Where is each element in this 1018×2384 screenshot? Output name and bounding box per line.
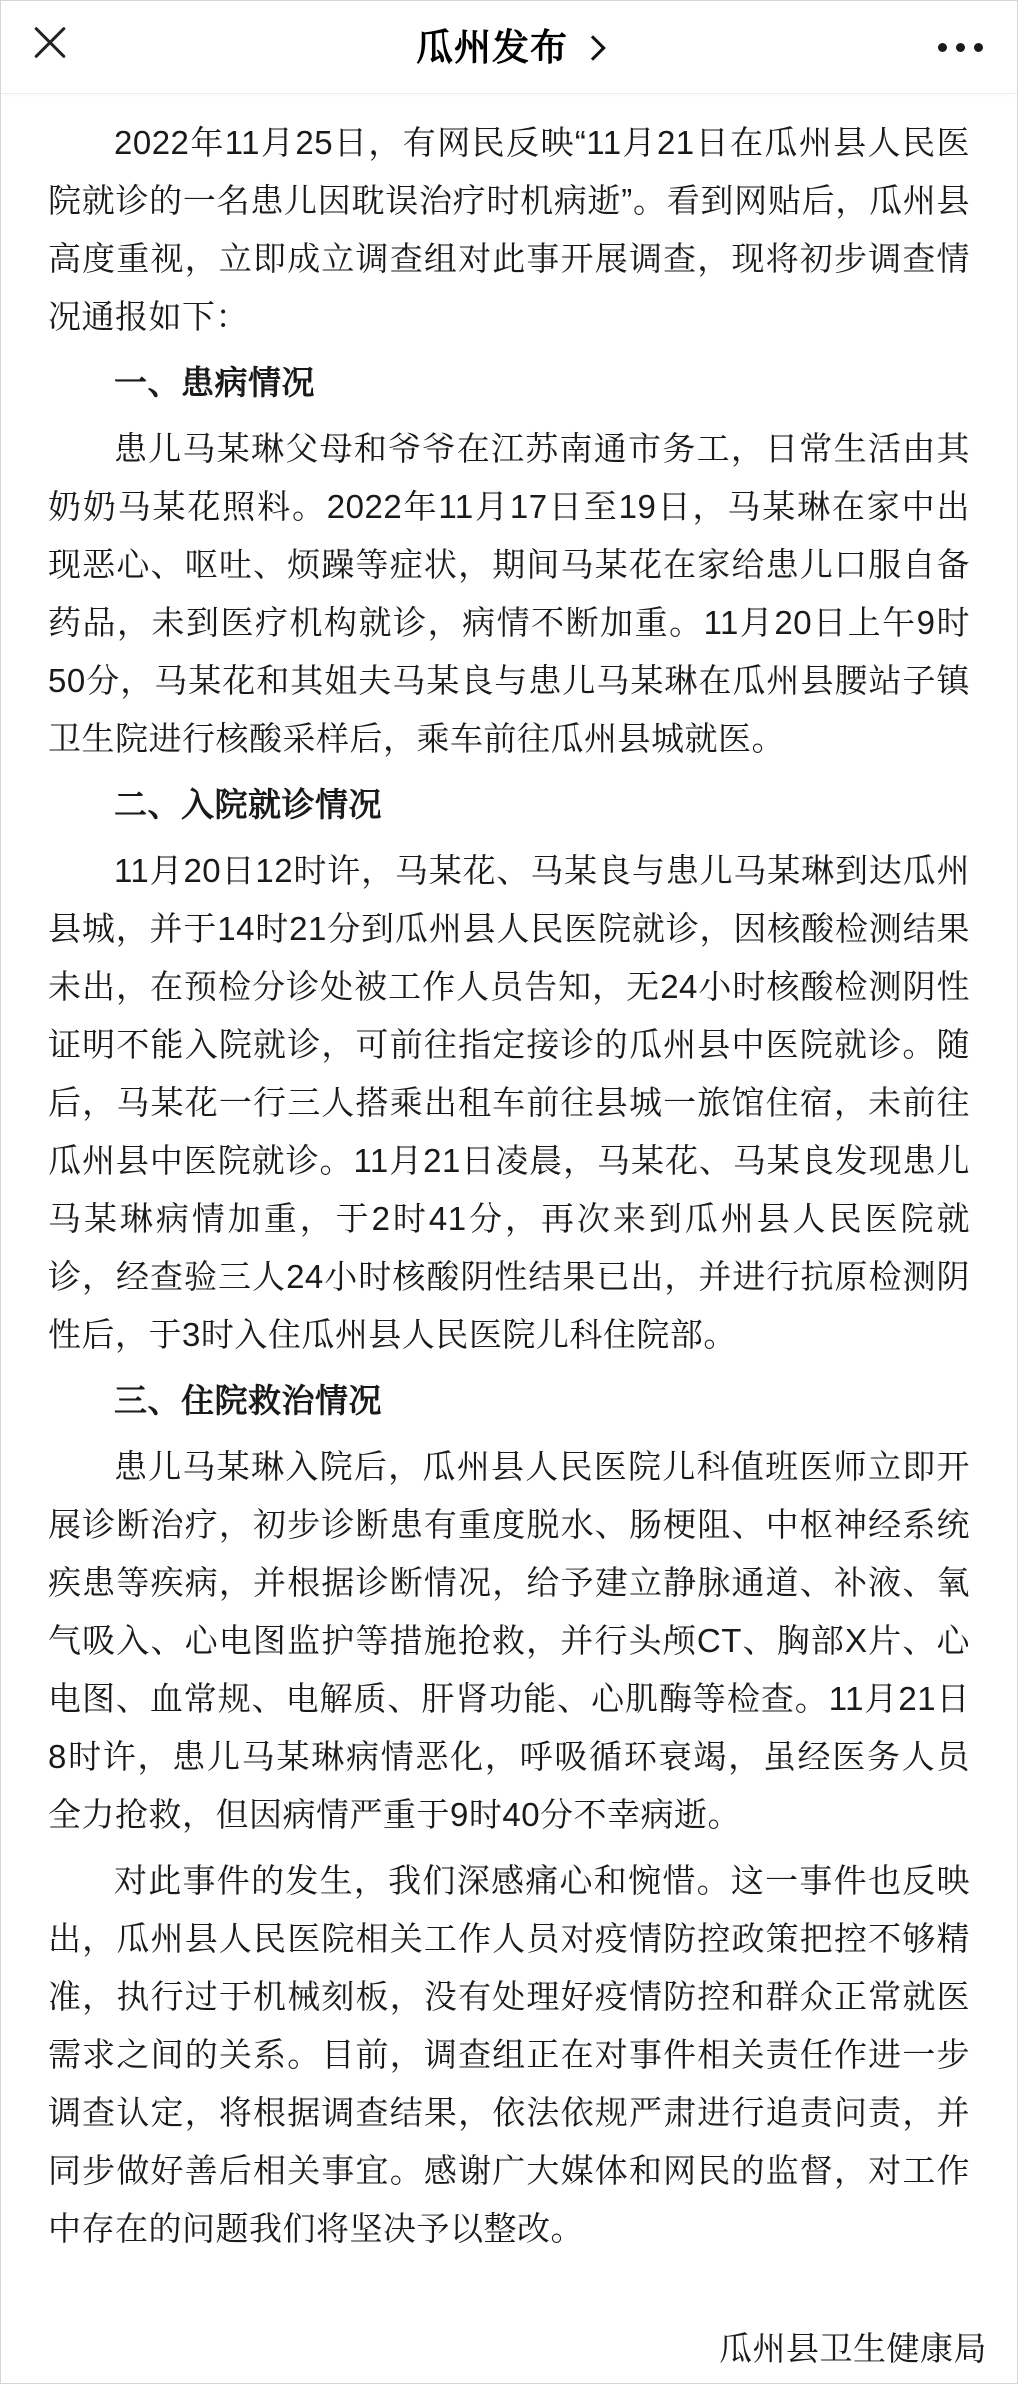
article-paragraph: 2022年11月25日，有网民反映“11月21日在瓜州县人民医院就诊的一名患儿因… xyxy=(48,114,970,346)
section-heading: 三、住院救治情况 xyxy=(48,1372,970,1430)
article-body: 2022年11月25日，有网民反映“11月21日在瓜州县人民医院就诊的一名患儿因… xyxy=(1,94,1017,2378)
article-paragraph: 对此事件的发生，我们深感痛心和惋惜。这一事件也反映出，瓜州县人民医院相关工作人员… xyxy=(48,1852,970,2258)
article-paragraph: 11月20日12时许，马某花、马某良与患儿马某琳到达瓜州县城，并于14时21分到… xyxy=(48,842,970,1364)
section-heading: 二、入院就诊情况 xyxy=(48,776,970,834)
article-blocks: 2022年11月25日，有网民反映“11月21日在瓜州县人民医院就诊的一名患儿因… xyxy=(48,114,970,2258)
ellipsis-icon xyxy=(938,43,983,52)
chevron-right-icon xyxy=(580,35,605,60)
page-title: 瓜州发布 xyxy=(416,29,568,66)
official-account-link[interactable]: 瓜州发布 xyxy=(1,1,1017,93)
section-heading: 一、患病情况 xyxy=(48,354,970,412)
article-paragraph: 患儿马某琳父母和爷爷在江苏南通市务工，日常生活由其奶奶马某花照料。2022年11… xyxy=(48,420,970,768)
navbar: 瓜州发布 xyxy=(1,1,1017,94)
signature: 瓜州县卫生健康局 xyxy=(48,2320,987,2378)
more-menu-button[interactable] xyxy=(938,1,983,93)
article-paragraph: 患儿马某琳入院后，瓜州县人民医院儿科值班医师立即开展诊断治疗，初步诊断患有重度脱… xyxy=(48,1438,970,1844)
wechat-article-page: 瓜州发布 2022年11月25日，有网民反映“11月21日在瓜州县人民医院就诊的… xyxy=(0,0,1018,2384)
